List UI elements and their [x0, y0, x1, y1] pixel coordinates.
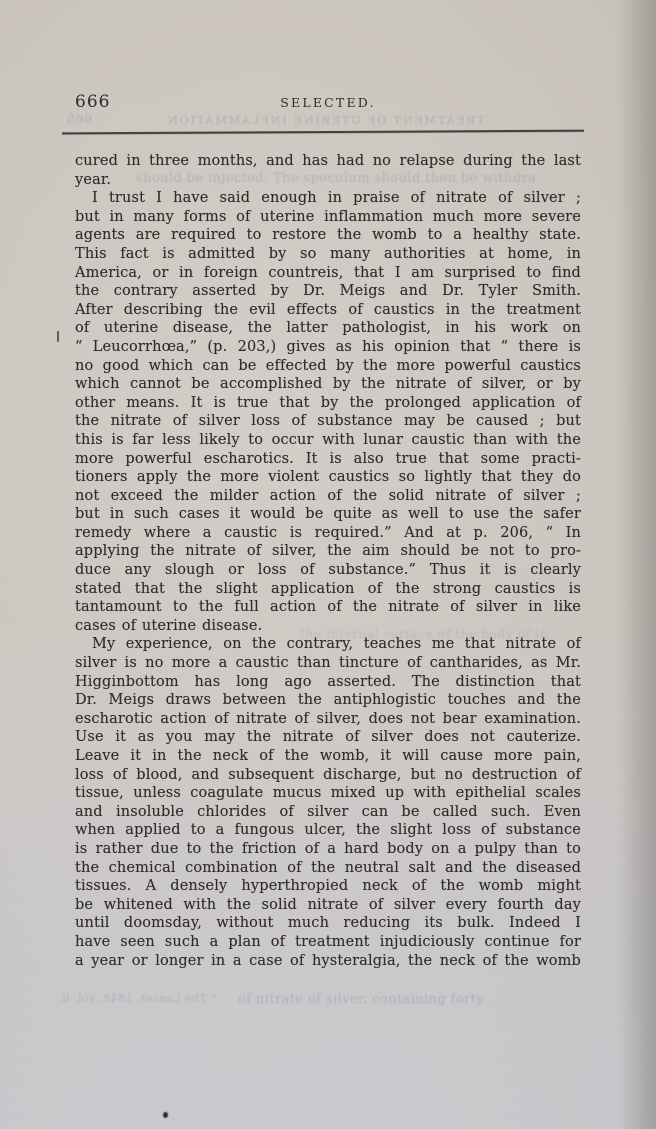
text-line: other means. It is true that by the prol…: [75, 394, 581, 413]
text-line: which cannot be accomplished by the nitr…: [75, 375, 581, 394]
text-line: “ Leucorrhœa,” (p. 203,) gives as his op…: [75, 338, 581, 357]
text-line: tantamount to the full action of the nit…: [75, 598, 581, 617]
text-line: America, or in foreign countreis, that I…: [75, 264, 581, 283]
text-line: After describing the evil effects of cau…: [75, 301, 581, 320]
text-line: agents are required to restore the womb …: [75, 226, 581, 245]
text-line: the chemical combination of the neutral …: [75, 859, 581, 878]
text-line: of uterine disease, the latter pathologi…: [75, 319, 581, 338]
text-line: no good which can be effected by the mor…: [75, 357, 581, 376]
text-line: applying the nitrate of silver, the aim …: [75, 542, 581, 561]
text-line: this is far less likely to occur with lu…: [75, 431, 581, 450]
book-page-scan: 666 SELECTED. TREATMENT OF UTERINE INFLA…: [0, 0, 656, 1129]
bleed-through-footnote-citation: * The Lancet, 1848, vol. ii.: [58, 992, 217, 1005]
text-line: stated that the slight application of th…: [75, 580, 581, 599]
text-line: have seen such a plan of treatment injud…: [75, 933, 581, 952]
running-header: SELECTED.: [75, 95, 581, 110]
text-line: escharotic action of nitrate of silver, …: [75, 710, 581, 729]
text-line: and insoluble chlorides of silver can be…: [75, 803, 581, 822]
text-line: This fact is admitted by so many authori…: [75, 245, 581, 264]
bleed-through-footnote-text: of nitrate of silver, containing forty: [238, 992, 484, 1007]
text-line: tissue, unless coagulate mucus mixed up …: [75, 784, 581, 803]
text-line: more powerful escharotics. It is also tr…: [75, 450, 581, 469]
text-line: but in such cases it would be quite as w…: [75, 505, 581, 524]
text-line: until doomsday, without much reducing it…: [75, 914, 581, 933]
text-line: year.: [75, 171, 581, 190]
text-line: silver is no more a caustic than tinctur…: [75, 654, 581, 673]
text-line: the nitrate of silver loss of substance …: [75, 412, 581, 431]
text-line: Dr. Meigs draws between the antiphlogist…: [75, 691, 581, 710]
bleed-through-line-mid: the internal surface of the body of th: [300, 626, 560, 641]
text-line: tioners apply the more violent caustics …: [75, 468, 581, 487]
text-line: Leave it in the neck of the womb, it wil…: [75, 747, 581, 766]
page-header: 666 SELECTED.: [75, 92, 581, 112]
bleed-through-header: TREATMENT OF UTERINE INFLAMMATION. 665: [62, 112, 584, 128]
text-line: remedy where a caustic is required.” And…: [75, 524, 581, 543]
text-line: be whitened with the solid nitrate of si…: [75, 896, 581, 915]
text-line: but in many forms of uterine inflammatio…: [75, 208, 581, 227]
margin-mark: [57, 331, 59, 342]
text-line: I trust I have said enough in praise of …: [75, 189, 581, 208]
text-line: Higginbottom has long ago asserted. The …: [75, 673, 581, 692]
text-line: a year or longer in a case of hysteralgi…: [75, 952, 581, 971]
text-line: the contrary asserted by Dr. Meigs and D…: [75, 282, 581, 301]
ink-speck: [163, 1112, 168, 1118]
body-text: cured in three months, and has had no re…: [75, 152, 581, 970]
text-line: not exceed the milder action of the soli…: [75, 487, 581, 506]
bleed-through-page-number: 665: [66, 112, 92, 126]
text-line: loss of blood, and subsequent discharge,…: [75, 766, 581, 785]
text-line: Use it as you may the nitrate of silver …: [75, 728, 581, 747]
bleed-through-header-title: TREATMENT OF UTERINE INFLAMMATION.: [62, 113, 584, 127]
text-line: duce any slough or loss of substance.” T…: [75, 561, 581, 580]
text-line: is rather due to the friction of a hard …: [75, 840, 581, 859]
text-line: when applied to a fungous ulcer, the sli…: [75, 821, 581, 840]
text-line: tissues. A densely hyperthropied neck of…: [75, 877, 581, 896]
header-rule: [62, 130, 584, 134]
text-line: cured in three months, and has had no re…: [75, 152, 581, 171]
